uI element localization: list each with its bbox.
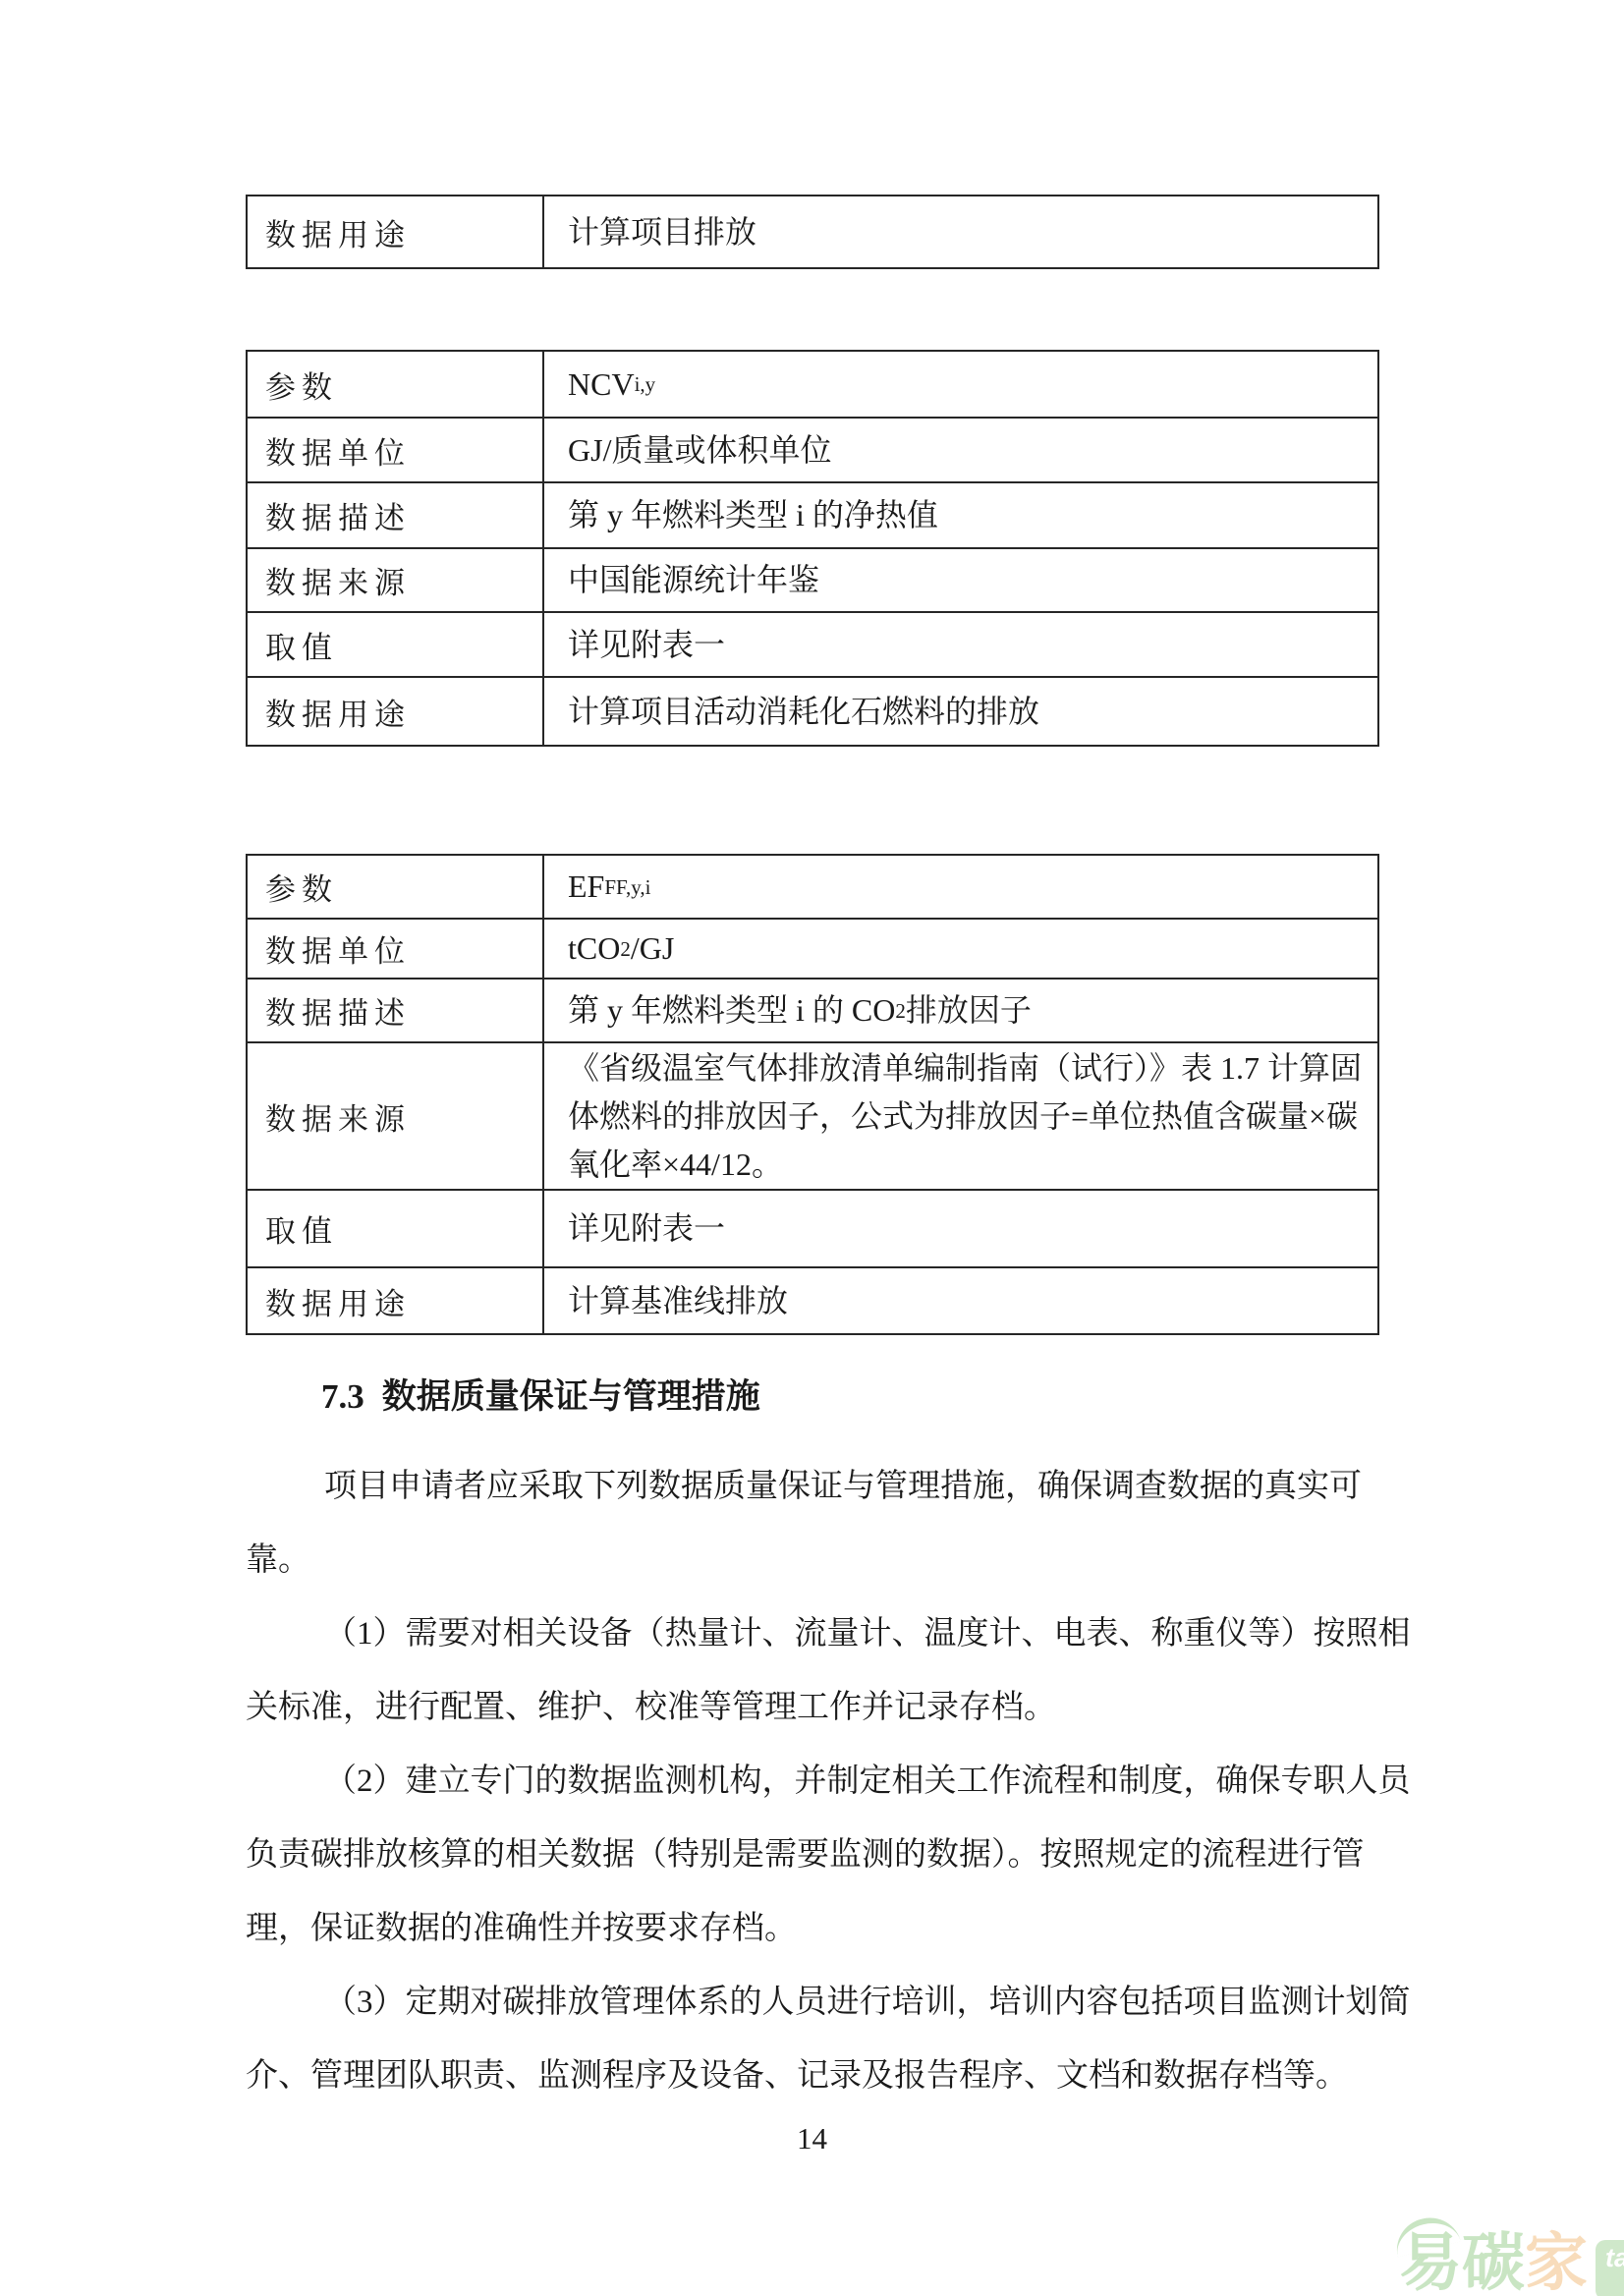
paragraph-line: 负责碳排放核算的相关数据（特别是需要监测的数据）。按照规定的流程进行管 bbox=[246, 1819, 1439, 1892]
parameter-table-ef: 参数 EFFF,y,i 数据单位 tCO2/GJ 数据描述 第 y 年燃料类型 … bbox=[246, 854, 1379, 1335]
page-number: 14 bbox=[0, 2114, 1624, 2163]
paragraph-line: 关标准，进行配置、维护、校准等管理工作并记录存档。 bbox=[246, 1671, 1439, 1745]
row-label: 数据描述 bbox=[248, 483, 544, 547]
row-value: 计算项目活动消耗化石燃料的排放 bbox=[544, 678, 1377, 745]
watermark-logo: 易碳家 tanjiaoyi .com bbox=[1399, 2228, 1624, 2296]
paragraph-line: 靠。 bbox=[246, 1524, 1439, 1597]
row-value: 中国能源统计年鉴 bbox=[544, 549, 1377, 611]
row-value: 第 y 年燃料类型 i 的 CO2 排放因子 bbox=[544, 980, 1377, 1041]
unit-text: /GJ bbox=[631, 924, 674, 973]
section-number: 7.3 bbox=[321, 1377, 364, 1416]
row-label: 数据用途 bbox=[248, 196, 544, 267]
table-row: 数据来源 中国能源统计年鉴 bbox=[248, 547, 1377, 611]
table-row: 数据单位 GJ/质量或体积单位 bbox=[248, 417, 1377, 481]
paragraph-line: 项目申请者应采取下列数据质量保证与管理措施，确保调查数据的真实可 bbox=[246, 1450, 1439, 1524]
row-label: 参数 bbox=[248, 856, 544, 918]
row-value: 详见附表一 bbox=[544, 1191, 1377, 1266]
row-label: 数据来源 bbox=[248, 549, 544, 611]
row-value: NCVi,y bbox=[544, 352, 1377, 417]
description-text: 第 y 年燃料类型 i 的 CO bbox=[568, 986, 895, 1035]
row-label: 数据单位 bbox=[248, 419, 544, 481]
section-title: 数据质量保证与管理措施 bbox=[382, 1377, 760, 1416]
row-value: EFFF,y,i bbox=[544, 856, 1377, 918]
watermark-badge: tanjiaoyi .com bbox=[1596, 2240, 1624, 2296]
paragraph-line: （3）定期对碳排放管理体系的人员进行培训，培训内容包括项目监测计划简 bbox=[246, 1966, 1439, 2040]
body-text: 项目申请者应采取下列数据质量保证与管理措施，确保调查数据的真实可 靠。 （1）需… bbox=[246, 1450, 1439, 2113]
row-label: 取值 bbox=[248, 613, 544, 676]
row-label: 数据来源 bbox=[248, 1043, 544, 1189]
row-value: tCO2/GJ bbox=[544, 920, 1377, 978]
table-row: 数据单位 tCO2/GJ bbox=[248, 918, 1377, 978]
row-value: 第 y 年燃料类型 i 的净热值 bbox=[544, 483, 1377, 547]
table-row: 数据描述 第 y 年燃料类型 i 的净热值 bbox=[248, 481, 1377, 547]
row-label: 数据用途 bbox=[248, 678, 544, 745]
row-value: GJ/质量或体积单位 bbox=[544, 419, 1377, 481]
watermark-text-orange: 家 bbox=[1525, 2228, 1588, 2296]
parameter-symbol: NCV bbox=[568, 361, 635, 409]
table-row: 数据用途 计算项目排放 bbox=[248, 196, 1377, 267]
table-row: 取值 详见附表一 bbox=[248, 1189, 1377, 1266]
table-row: 数据描述 第 y 年燃料类型 i 的 CO2 排放因子 bbox=[248, 978, 1377, 1041]
row-value: 计算基准线排放 bbox=[544, 1268, 1377, 1333]
table-row: 数据用途 计算基准线排放 bbox=[248, 1266, 1377, 1333]
paragraph-line: 理，保证数据的准确性并按要求存档。 bbox=[246, 1892, 1439, 1966]
paragraph-line: 介、管理团队职责、监测程序及设备、记录及报告程序、文档和数据存档等。 bbox=[246, 2040, 1439, 2113]
description-text: 排放因子 bbox=[906, 986, 1032, 1035]
row-value: 《省级温室气体排放清单编制指南（试行）》表 1.7 计算固体燃料的排放因子，公式… bbox=[544, 1043, 1377, 1189]
watermark-badge-domain: tanjiaoyi bbox=[1605, 2243, 1624, 2272]
data-usage-table: 数据用途 计算项目排放 bbox=[246, 195, 1379, 269]
row-label: 取值 bbox=[248, 1191, 544, 1266]
section-heading: 7.3数据质量保证与管理措施 bbox=[246, 1370, 760, 1419]
document-page: 数据用途 计算项目排放 参数 NCVi,y 数据单位 GJ/质量或体积单位 数据… bbox=[0, 0, 1624, 2296]
parameter-table-ncv: 参数 NCVi,y 数据单位 GJ/质量或体积单位 数据描述 第 y 年燃料类型… bbox=[246, 350, 1379, 747]
unit-text: tCO bbox=[568, 924, 620, 973]
watermark-characters: 易碳家 bbox=[1399, 2228, 1588, 2296]
row-label: 数据单位 bbox=[248, 920, 544, 978]
paragraph-line: （1）需要对相关设备（热量计、流量计、温度计、电表、称重仪等）按照相 bbox=[246, 1597, 1439, 1671]
parameter-symbol: EF bbox=[568, 863, 604, 911]
row-value: 计算项目排放 bbox=[544, 196, 1377, 267]
table-row: 参数 NCVi,y bbox=[248, 352, 1377, 417]
row-value: 详见附表一 bbox=[544, 613, 1377, 676]
row-label: 数据用途 bbox=[248, 1268, 544, 1333]
paragraph-line: （2）建立专门的数据监测机构，并制定相关工作流程和制度，确保专职人员 bbox=[246, 1745, 1439, 1819]
table-row: 取值 详见附表一 bbox=[248, 611, 1377, 676]
table-row: 数据来源 《省级温室气体排放清单编制指南（试行）》表 1.7 计算固体燃料的排放… bbox=[248, 1041, 1377, 1189]
watermark-badge-tld: .com bbox=[1605, 2272, 1624, 2294]
table-row: 数据用途 计算项目活动消耗化石燃料的排放 bbox=[248, 676, 1377, 745]
row-label: 数据描述 bbox=[248, 980, 544, 1041]
table-row: 参数 EFFF,y,i bbox=[248, 856, 1377, 918]
row-label: 参数 bbox=[248, 352, 544, 417]
